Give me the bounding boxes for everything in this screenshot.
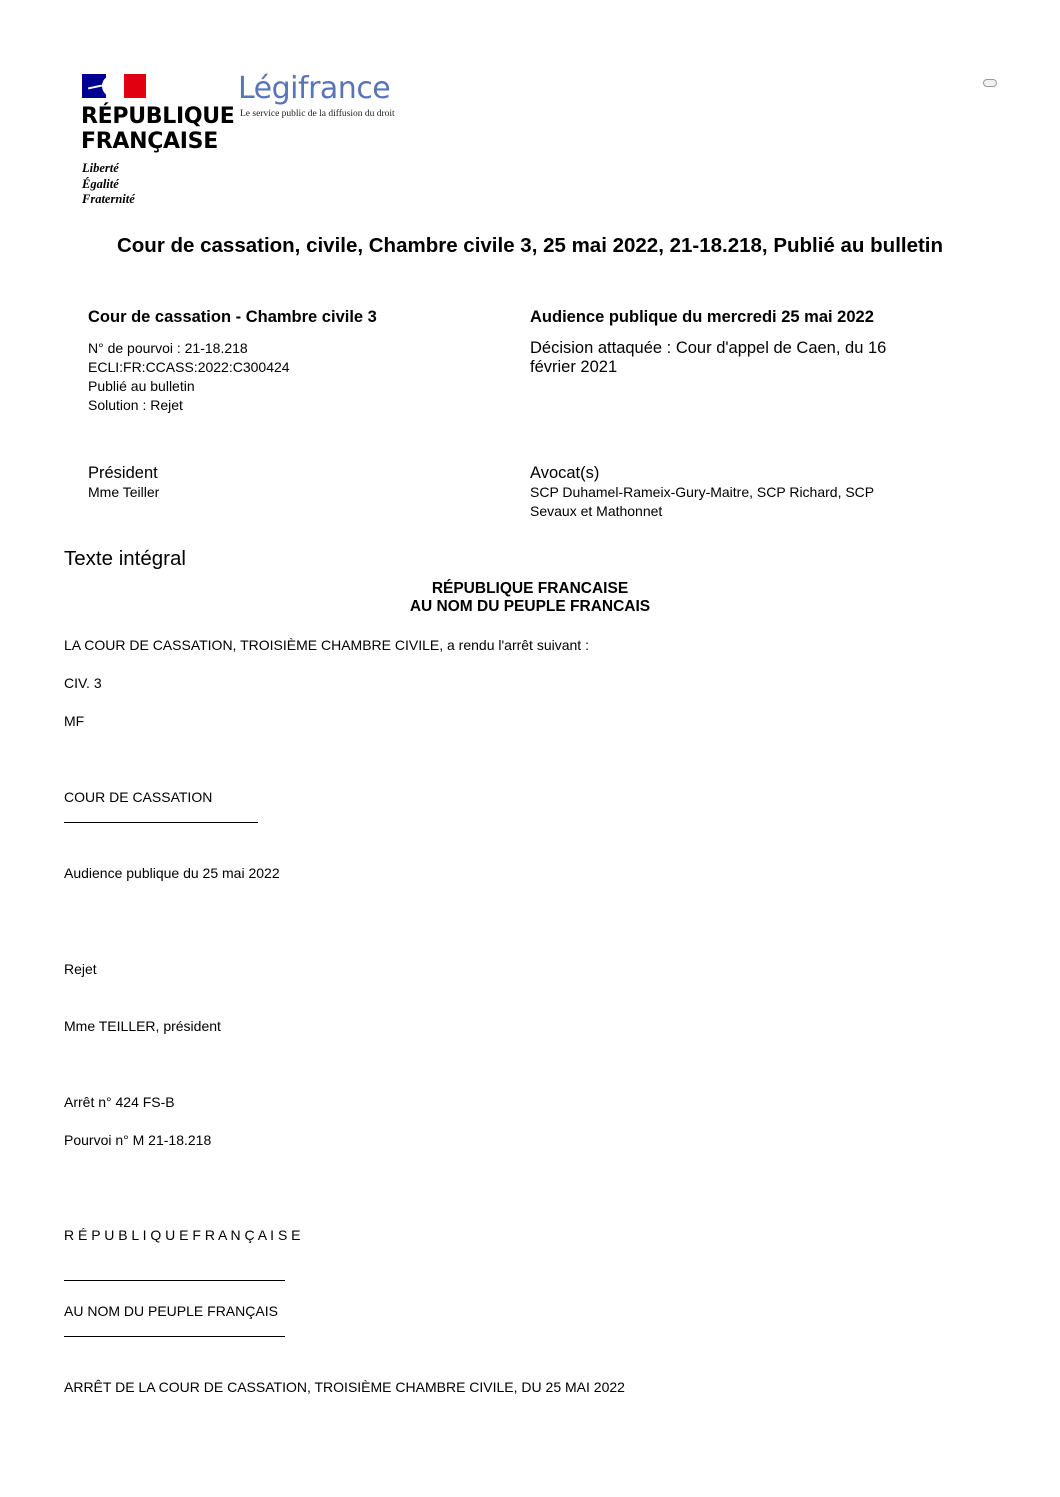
avocats-block: Avocat(s) SCP Duhamel-Rameix-Gury-Maitre… [530,463,930,521]
hearing-date: Audience publique du 25 mai 2022 [64,864,280,882]
republic-name-line2: FRANÇAISE [81,129,235,154]
motto-fraternite: Fraternité [82,192,135,208]
marianne-profile-icon [102,76,120,96]
full-text-heading: Texte intégral [64,546,186,572]
pourvoi-line: Pourvoi n° M 21-18.218 [64,1131,211,1149]
divider [64,1280,285,1281]
divider [64,822,258,823]
hearing-meta: Audience publique du mercredi 25 mai 202… [530,306,950,377]
flag-red-band [124,74,146,98]
chamber-code: CIV. 3 [64,674,102,692]
intro-line: LA COUR DE CASSATION, TROISIÈME CHAMBRE … [64,636,589,654]
republique-spaced: R É P U B L I Q U E F R A N Ç A I S E [64,1226,301,1244]
legifrance-tagline: Le service public de la diffusion du dro… [240,109,395,119]
avocats-value-line2: Sevaux et Mathonnet [530,502,930,521]
motto-liberte: Liberté [82,161,135,177]
pourvoi-number: N° de pourvoi : 21-18.218 [88,339,508,358]
avocats-value-line1: SCP Duhamel-Rameix-Gury-Maitre, SCP Rich… [530,483,930,502]
president-block: Président Mme Teiller [88,463,508,502]
avocats-label: Avocat(s) [530,463,930,483]
contested-decision-line1: Décision attaquée : Cour d'appel de Caen… [530,339,950,358]
peuple-line: AU NOM DU PEUPLE FRANÇAIS [64,1302,278,1320]
court-heading: Cour de cassation - Chambre civile 3 [88,306,508,328]
initials: MF [64,712,84,730]
republique-francaise-wordmark: RÉPUBLIQUE FRANÇAISE [81,104,235,154]
marianne-flag-logo [82,74,146,98]
publication-status: Publié au bulletin [88,377,508,396]
republic-header-line2: AU NOM DU PEUPLE FRANCAIS [0,598,1060,616]
motto-egalite: Égalité [82,177,135,193]
court-name: COUR DE CASSATION [64,788,212,806]
republic-motto: Liberté Égalité Fraternité [82,161,135,208]
contested-decision-line2: février 2021 [530,358,950,377]
republic-name-line1: RÉPUBLIQUE [81,104,235,129]
ecli-identifier: ECLI:FR:CCASS:2022:C300424 [88,358,508,377]
court-meta: Cour de cassation - Chambre civile 3 N° … [88,306,508,415]
divider [64,1336,285,1337]
arret-number: Arrêt n° 424 FS-B [64,1093,175,1111]
president-label: Président [88,463,508,483]
legifrance-logo: Légifrance [238,70,390,108]
arret-heading: ARRÊT DE LA COUR DE CASSATION, TROISIÈME… [64,1378,625,1396]
solution: Solution : Rejet [88,396,508,415]
republic-header-line1: RÉPUBLIQUE FRANCAISE [0,580,1060,598]
outcome: Rejet [64,960,97,978]
republic-header: RÉPUBLIQUE FRANCAISE AU NOM DU PEUPLE FR… [0,580,1060,616]
document-title: Cour de cassation, civile, Chambre civil… [0,233,1060,259]
pill-icon [983,79,997,87]
president-value: Mme Teiller [88,483,508,502]
hearing-heading: Audience publique du mercredi 25 mai 202… [530,306,950,328]
president-line: Mme TEILLER, président [64,1017,221,1035]
